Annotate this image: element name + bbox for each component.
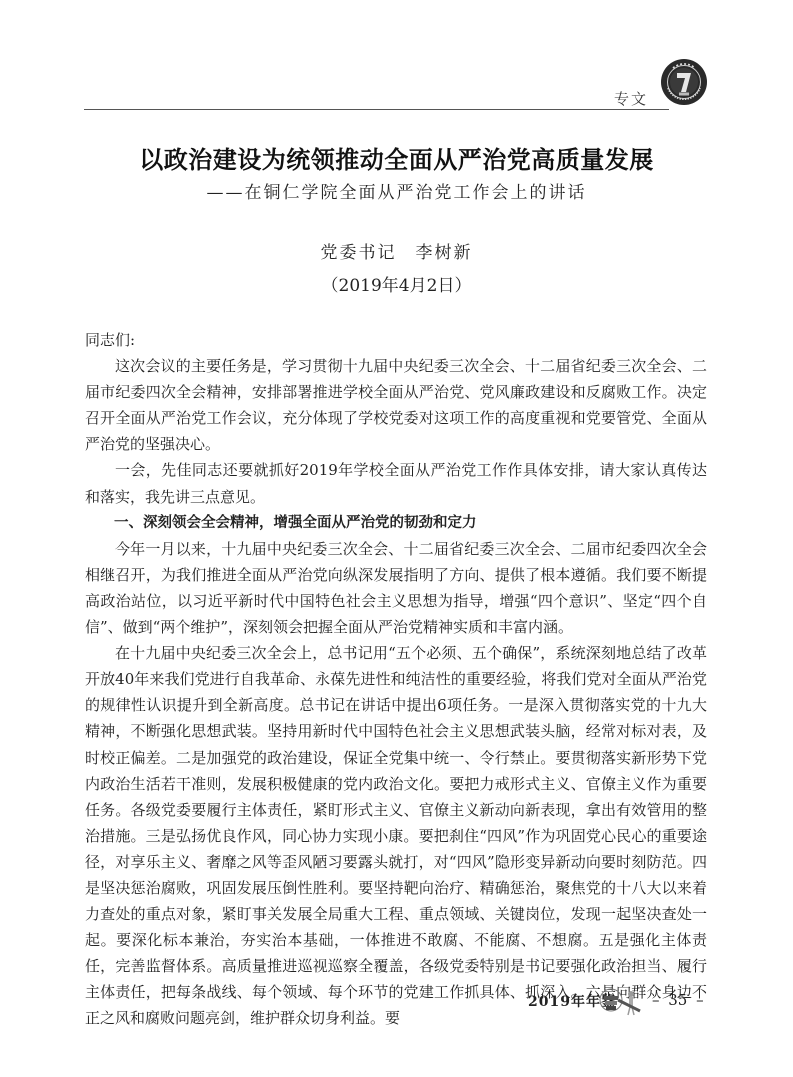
article-date: （2019年4月2日） [0,271,793,296]
article-body: 同志们: 这次会议的主要任务是，学习贯彻十九届中央纪委三次全会、十二届省纪委三次… [85,327,707,1032]
article-author: 党委书记 李树新 [0,238,793,263]
paragraph: 一会，先佳同志还要就抓好2019年学校全面从严治党工作作具体安排，请大家认真传达… [85,457,707,509]
page-number: – 35 – [652,991,704,1009]
header-rule [84,109,669,110]
section-label: 专文 [614,88,648,109]
paragraph: 在十九届中央纪委三次全会上，总书记用“五个必须、五个确保”，系统深刻地总结了改革… [85,640,707,1031]
section-heading: 一、深刻领会全会精神，增强全面从严治党的韧劲和定力 [85,510,707,536]
yearbook-mascot-icon [598,987,644,1017]
university-seal-icon [660,58,708,106]
salutation: 同志们: [85,327,707,353]
paragraph: 今年一月以来，十九届中央纪委三次全会、十二届省纪委三次全会、二届市纪委四次全会相… [85,536,707,640]
article-title: 以政治建设为统领推动全面从严治党高质量发展 [0,140,793,175]
article-subtitle: ——在铜仁学院全面从严治党工作会上的讲话 [0,178,793,203]
paragraph: 这次会议的主要任务是，学习贯彻十九届中央纪委三次全会、十二届省纪委三次全会、二届… [85,353,707,457]
